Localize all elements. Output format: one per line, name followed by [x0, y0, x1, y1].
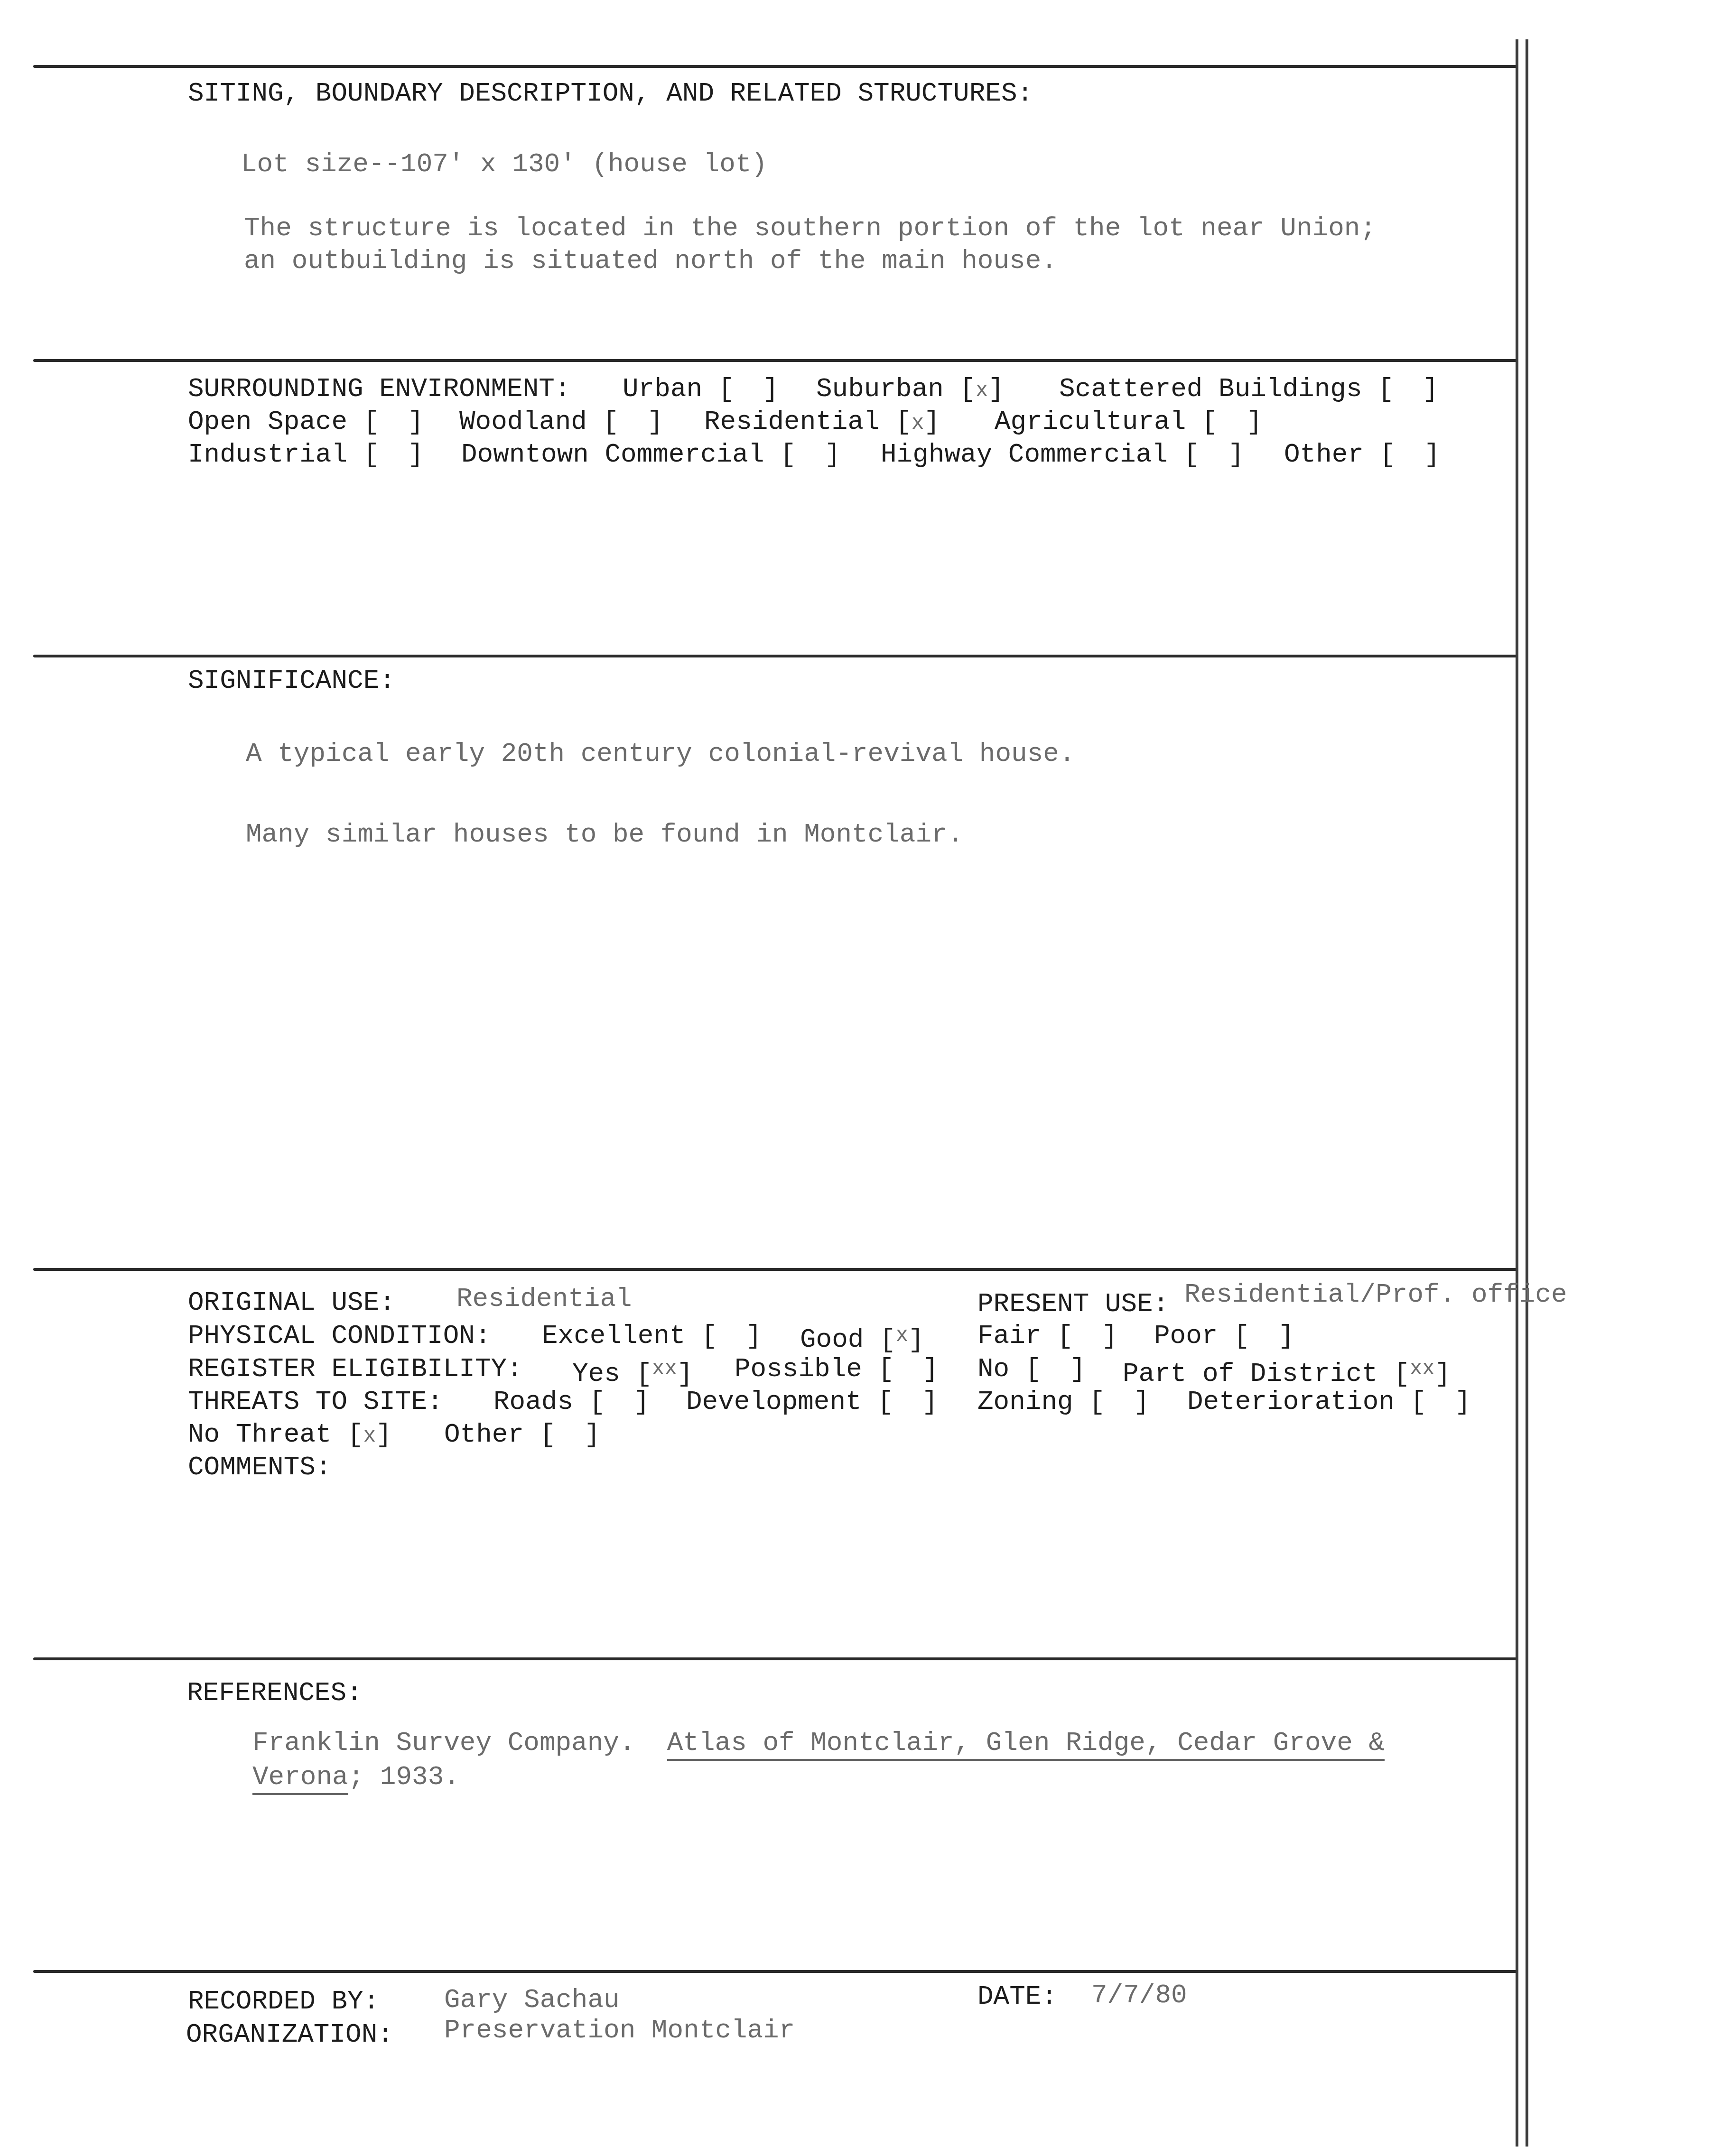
threat-deterioration-check[interactable]	[1426, 1392, 1439, 1416]
eligibility-option-possible[interactable]: Possible [ ]	[735, 1353, 939, 1387]
physical-condition-label: PHYSICAL CONDITION:	[188, 1320, 491, 1352]
threat-roads-check[interactable]	[605, 1392, 617, 1416]
original-use-value[interactable]: Residential	[456, 1283, 632, 1315]
significance-line-2: Many similar houses to be found in Montc…	[246, 818, 963, 851]
condition-good-check[interactable]: x	[896, 1324, 908, 1348]
env-scattered-label: Scattered Buildings	[1059, 374, 1362, 404]
present-use-value[interactable]: Residential/Prof. office	[1184, 1278, 1567, 1311]
env-option-agricultural[interactable]: Agricultural [ ]	[995, 406, 1262, 440]
threat-no-threat-label: No Threat	[188, 1419, 331, 1450]
comments-value[interactable]	[342, 1451, 1480, 1617]
env-residential-check[interactable]: x	[912, 412, 924, 435]
threat-deterioration-label: Deterioration	[1187, 1387, 1395, 1417]
eligibility-option-part-of-district[interactable]: Part of District [xx]	[1123, 1353, 1451, 1390]
eligibility-no-check[interactable]	[1041, 1359, 1053, 1383]
divider-top	[33, 65, 1518, 68]
date-label: DATE:	[977, 1980, 1057, 2013]
env-scattered-check[interactable]	[1394, 379, 1406, 403]
register-eligibility-label: REGISTER ELIGIBILITY:	[188, 1353, 523, 1385]
divider-footer	[33, 1970, 1518, 1973]
divider-significance	[33, 655, 1518, 657]
siting-description-line-2: an outbuilding is situated north of the …	[244, 245, 1057, 277]
env-option-urban[interactable]: Urban [ ]	[623, 373, 779, 407]
present-use-label: PRESENT USE:	[977, 1288, 1169, 1320]
env-suburban-check[interactable]: x	[976, 379, 988, 403]
date-value[interactable]: 7/7/80	[1091, 1979, 1187, 2011]
threats-label: THREATS TO SITE:	[188, 1386, 443, 1418]
threat-roads-label: Roads	[493, 1387, 573, 1417]
right-border-outer	[1526, 39, 1528, 2147]
eligibility-no-label: No	[977, 1354, 1009, 1384]
threat-zoning-label: Zoning	[977, 1387, 1073, 1417]
organization-value[interactable]: Preservation Montclair	[444, 2014, 795, 2046]
siting-description-line-1: The structure is located in the southern…	[244, 212, 1376, 244]
comments-label: COMMENTS:	[188, 1451, 331, 1483]
env-option-downtown-commercial[interactable]: Downtown Commercial [ ]	[461, 438, 840, 472]
right-border-inner	[1516, 39, 1518, 2147]
recorded-by-label: RECORDED BY:	[188, 1985, 379, 2017]
env-highway-label: Highway Commercial	[881, 439, 1168, 470]
threat-option-development[interactable]: Development [ ]	[686, 1386, 938, 1420]
condition-poor-label: Poor	[1154, 1321, 1218, 1351]
env-option-highway-commercial[interactable]: Highway Commercial [ ]	[881, 438, 1244, 472]
significance-line-1: A typical early 20th century colonial-re…	[246, 738, 1075, 770]
reference-author: Franklin Survey Company.	[252, 1728, 635, 1758]
condition-option-good[interactable]: Good [x]	[800, 1320, 924, 1356]
divider-use	[33, 1268, 1518, 1271]
organization-label: ORGANIZATION:	[186, 2018, 393, 2051]
lot-size: Lot size--107' x 130' (house lot)	[241, 148, 767, 180]
eligibility-yes-label: Yes	[572, 1359, 620, 1389]
condition-option-poor[interactable]: Poor [ ]	[1154, 1320, 1294, 1354]
reference-entry-line-1: Franklin Survey Company. Atlas of Montcl…	[252, 1727, 1385, 1759]
env-industrial-label: Industrial	[188, 439, 347, 470]
condition-option-excellent[interactable]: Excellent [ ]	[542, 1320, 762, 1354]
env-agricultural-label: Agricultural	[995, 407, 1186, 437]
env-option-industrial[interactable]: Industrial [ ]	[188, 438, 424, 472]
env-highway-check[interactable]	[1200, 444, 1212, 468]
threat-option-no-threat[interactable]: No Threat [x]	[188, 1418, 392, 1453]
env-option-residential[interactable]: Residential [x]	[704, 406, 940, 440]
eligibility-district-label: Part of District	[1123, 1359, 1378, 1389]
env-open-space-check[interactable]	[379, 412, 391, 435]
env-suburban-label: Suburban	[816, 374, 944, 404]
condition-poor-check[interactable]	[1250, 1326, 1262, 1350]
condition-excellent-label: Excellent	[542, 1321, 685, 1351]
threat-option-roads[interactable]: Roads [ ]	[493, 1386, 650, 1420]
eligibility-option-yes[interactable]: Yes [xx]	[572, 1353, 693, 1390]
eligibility-option-no[interactable]: No [ ]	[977, 1353, 1086, 1387]
threat-no-threat-check[interactable]: x	[363, 1425, 376, 1448]
env-option-suburban[interactable]: Suburban [x]	[816, 373, 1004, 407]
env-other-label: Other	[1284, 439, 1364, 470]
env-agricultural-check[interactable]	[1218, 412, 1230, 435]
env-downtown-label: Downtown Commercial	[461, 439, 764, 470]
reference-title-cont: Verona	[252, 1762, 348, 1795]
divider-references	[33, 1657, 1518, 1660]
reference-title: Atlas of Montclair, Glen Ridge, Cedar Gr…	[667, 1728, 1385, 1761]
condition-excellent-check[interactable]	[717, 1326, 730, 1350]
significance-heading: SIGNIFICANCE:	[188, 665, 395, 697]
original-use-label: ORIGINAL USE:	[188, 1286, 395, 1319]
env-open-space-label: Open Space	[188, 407, 347, 437]
env-option-open-space[interactable]: Open Space [ ]	[188, 406, 424, 440]
reference-year: ; 1933.	[348, 1762, 460, 1792]
env-urban-check[interactable]	[734, 379, 746, 403]
condition-fair-label: Fair	[977, 1321, 1041, 1351]
threat-other-label: Other	[444, 1419, 524, 1450]
references-heading: REFERENCES:	[187, 1677, 363, 1709]
condition-fair-check[interactable]	[1073, 1326, 1086, 1350]
env-option-other[interactable]: Other [ ]	[1284, 438, 1440, 472]
env-residential-label: Residential	[704, 407, 880, 437]
eligibility-possible-check[interactable]	[894, 1359, 906, 1383]
divider-environment	[33, 359, 1518, 362]
eligibility-possible-label: Possible	[735, 1354, 862, 1384]
recorded-by-value[interactable]: Gary Sachau	[444, 1984, 620, 2016]
reference-entry-line-2: Verona; 1933.	[252, 1761, 460, 1793]
env-downtown-check[interactable]	[796, 444, 809, 468]
threat-option-zoning[interactable]: Zoning [ ]	[977, 1386, 1149, 1420]
threat-option-other[interactable]: Other [ ]	[444, 1418, 600, 1453]
env-industrial-check[interactable]	[379, 444, 391, 468]
env-woodland-label: Woodland	[459, 407, 587, 437]
threat-option-deterioration[interactable]: Deterioration [ ]	[1187, 1386, 1471, 1420]
siting-heading: SITING, BOUNDARY DESCRIPTION, AND RELATE…	[188, 77, 1033, 110]
eligibility-district-check[interactable]: xx	[1410, 1357, 1435, 1381]
eligibility-yes-check[interactable]: xx	[652, 1357, 677, 1381]
env-option-woodland[interactable]: Woodland [ ]	[459, 406, 663, 440]
env-urban-label: Urban	[623, 374, 702, 404]
threat-development-label: Development	[686, 1387, 862, 1417]
env-option-scattered-buildings[interactable]: Scattered Buildings [ ]	[1059, 373, 1438, 407]
environment-heading: SURROUNDING ENVIRONMENT:	[188, 373, 571, 405]
condition-good-label: Good	[800, 1324, 864, 1355]
threat-other-check[interactable]	[556, 1425, 568, 1448]
env-other-check[interactable]	[1396, 444, 1408, 468]
condition-option-fair[interactable]: Fair [ ]	[977, 1320, 1117, 1354]
threat-development-check[interactable]	[893, 1392, 906, 1416]
env-woodland-check[interactable]	[619, 412, 631, 435]
threat-zoning-check[interactable]	[1105, 1392, 1117, 1416]
